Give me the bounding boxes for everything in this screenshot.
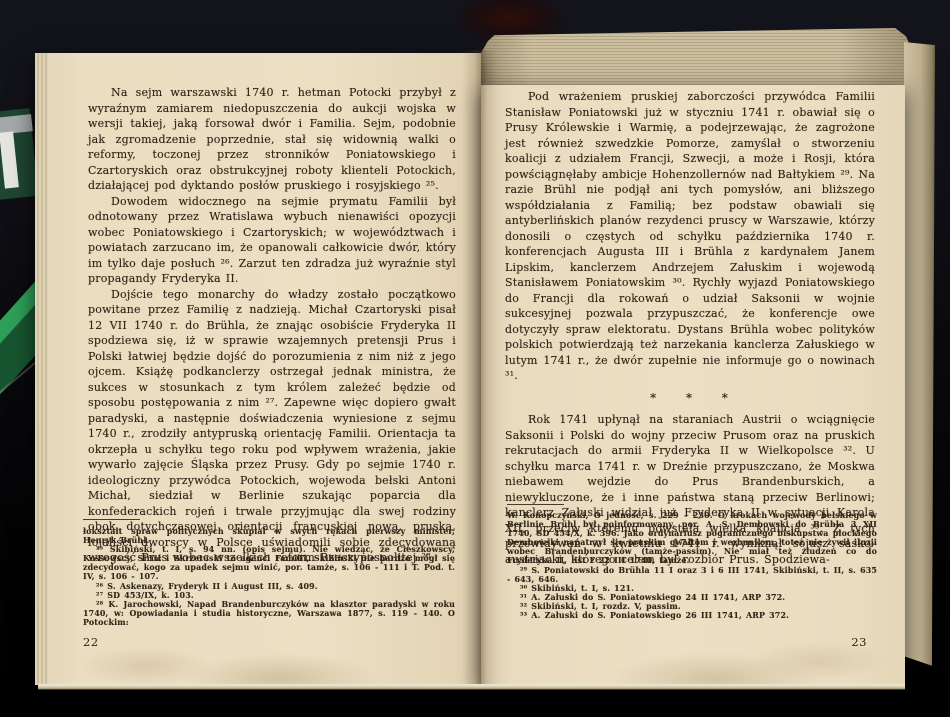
footnote: ²⁶ S. Askenazy, Fryderyk II i August III…	[83, 582, 455, 591]
right-page-footnotes: W. Konopczyński, O jedność, s. 229 - 230…	[507, 511, 877, 620]
footnote: ³³ A. Załuski do S. Poniatowskiego 26 II…	[507, 611, 877, 620]
footnote: ³² Skibiński, t. I, rozdz. V, passim.	[507, 602, 877, 611]
footnote-continuation: łokształt spraw politycznych skupiał w s…	[83, 527, 455, 545]
page-stack-right-edge	[904, 42, 935, 672]
footnote-continuation: W. Konopczyński, O jedność, s. 229 - 230…	[507, 511, 877, 566]
footnote: ²⁵ Skibiński, t. I, s. 94 nn. (opis sejm…	[83, 545, 455, 581]
paragraph: Dowodem widocznego na sejmie prymatu Fam…	[88, 194, 456, 287]
page-number-left: 22	[83, 635, 99, 649]
footnote-separator-rule	[507, 504, 564, 505]
section-divider-asterisks: * * *	[505, 391, 875, 407]
footnote: ³⁰ Skibiński, t. I, s. 121.	[507, 584, 877, 593]
right-page: Pod wrażeniem pruskiej zaborczości przyw…	[481, 85, 905, 685]
page-number-right: 23	[851, 635, 867, 649]
paragraph: Dojście tego monarchy do władzy zostało …	[88, 287, 456, 566]
paragraph: Pod wrażeniem pruskiej zaborczości przyw…	[505, 89, 875, 384]
left-page-body-text: Na sejm warszawski 1740 r. hetman Potock…	[88, 85, 456, 566]
page-stack-fore-edge	[479, 28, 917, 88]
book-photo-scene: Na sejm warszawski 1740 r. hetman Potock…	[0, 0, 950, 717]
open-book: Na sejm warszawski 1740 r. hetman Potock…	[0, 0, 950, 717]
right-page-body-text: Pod wrażeniem pruskiej zaborczości przyw…	[505, 89, 875, 567]
footnote: ²⁸ K. Jarochowski, Napad Brandenburczykó…	[83, 600, 455, 627]
left-page: Na sejm warszawski 1740 r. hetman Potock…	[35, 53, 481, 685]
footnote: ³¹ A. Załuski do S. Poniatowskiego 24 II…	[507, 593, 877, 602]
footnote: ²⁷ SD 453/IX, k. 103.	[83, 591, 455, 600]
left-page-footnotes: łokształt spraw politycznych skupiał w s…	[83, 527, 455, 627]
bottom-page-edge	[38, 684, 905, 690]
paragraph: Na sejm warszawski 1740 r. hetman Potock…	[88, 85, 456, 194]
footnote: ²⁹ S. Poniatowski do Brühla 11 I oraz 3 …	[507, 566, 877, 584]
footnote-separator-rule	[83, 519, 140, 520]
